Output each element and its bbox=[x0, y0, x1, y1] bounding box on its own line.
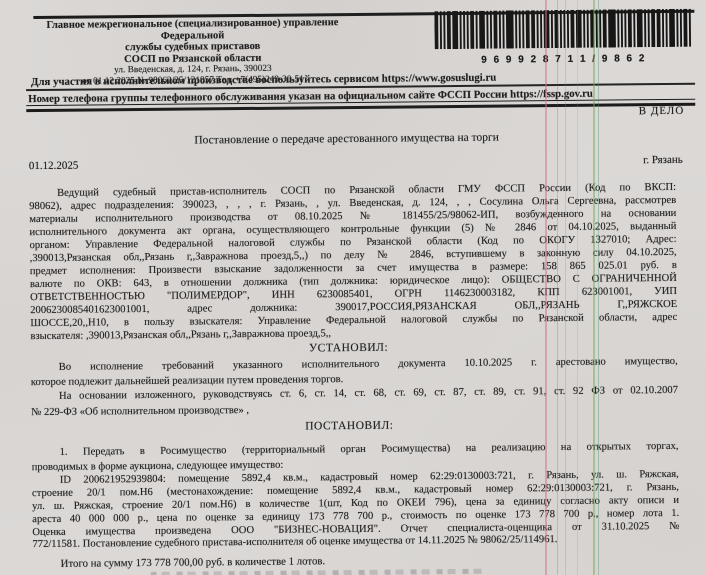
total-sum-line: Итого на сумму 173 778 700,00 руб. в кол… bbox=[33, 552, 680, 570]
document-title: Постановление о передаче арестованного и… bbox=[0, 130, 695, 149]
case-stamp: В ДЕЛО bbox=[639, 105, 685, 117]
dateline: 01.12.2025 г. Рязань bbox=[29, 154, 683, 172]
document-date: 01.12.2025 bbox=[29, 160, 79, 172]
property-description-paragraph: ID 200621952939804: помещение 5892,4 кв.… bbox=[32, 469, 680, 553]
legal-basis-paragraph: На основании изложенного, руководствуясь… bbox=[31, 383, 678, 421]
barcode-bars bbox=[434, 9, 692, 49]
document-city: г. Рязань bbox=[643, 154, 683, 166]
scanned-document-page: Главное межрегиональное (специализирован… bbox=[0, 0, 706, 575]
barcode: 9 6 9 9 2 8 7 1 1 / 9 8 6 2 bbox=[434, 9, 693, 66]
intro-paragraph: Ведущий судебный пристав-исполнитель СОС… bbox=[29, 181, 677, 343]
org-name-line-1: Главное межрегиональное (специализирован… bbox=[27, 17, 357, 43]
clipped-text-line bbox=[151, 569, 486, 575]
barcode-digits: 9 6 9 9 2 8 7 1 1 / 9 8 6 2 bbox=[435, 53, 693, 66]
